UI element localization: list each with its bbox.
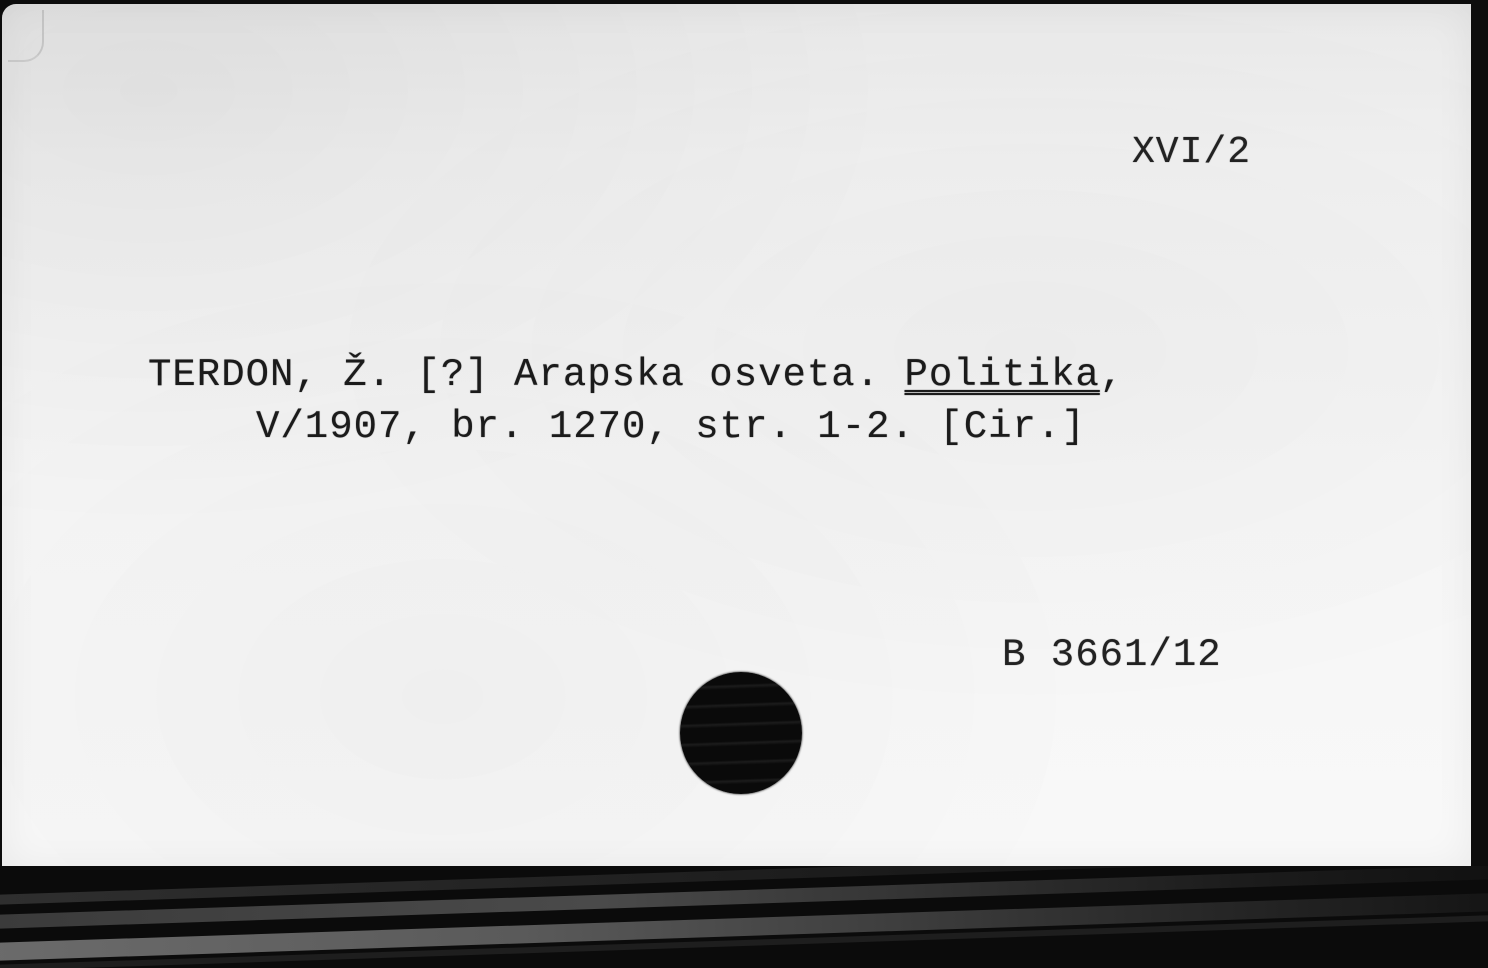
scanner-right-edge [1471, 0, 1488, 968]
entry-journal-title: Politika [905, 353, 1100, 397]
entry-line-1: TERDON, Ž. [?] Arapska osveta. Politika, [148, 356, 1124, 395]
entry-line-2: V/1907, br. 1270, str. 1-2. [Cir.] [256, 408, 1086, 447]
corner-wear-mark [8, 10, 44, 62]
entry-line-1-suffix: , [1100, 353, 1124, 397]
entry-author-title: TERDON, Ž. [?] Arapska osveta. [148, 353, 905, 397]
scanned-catalog-card-image: XVI/2 TERDON, Ž. [?] Arapska osveta. Pol… [0, 0, 1488, 968]
call-number-bottom: B 3661/12 [1002, 636, 1222, 675]
call-number-top: XVI/2 [1132, 134, 1251, 172]
catalog-card: XVI/2 TERDON, Ž. [?] Arapska osveta. Pol… [2, 4, 1471, 870]
scanner-bottom-band [0, 866, 1488, 968]
punch-hole-icon [680, 672, 802, 794]
